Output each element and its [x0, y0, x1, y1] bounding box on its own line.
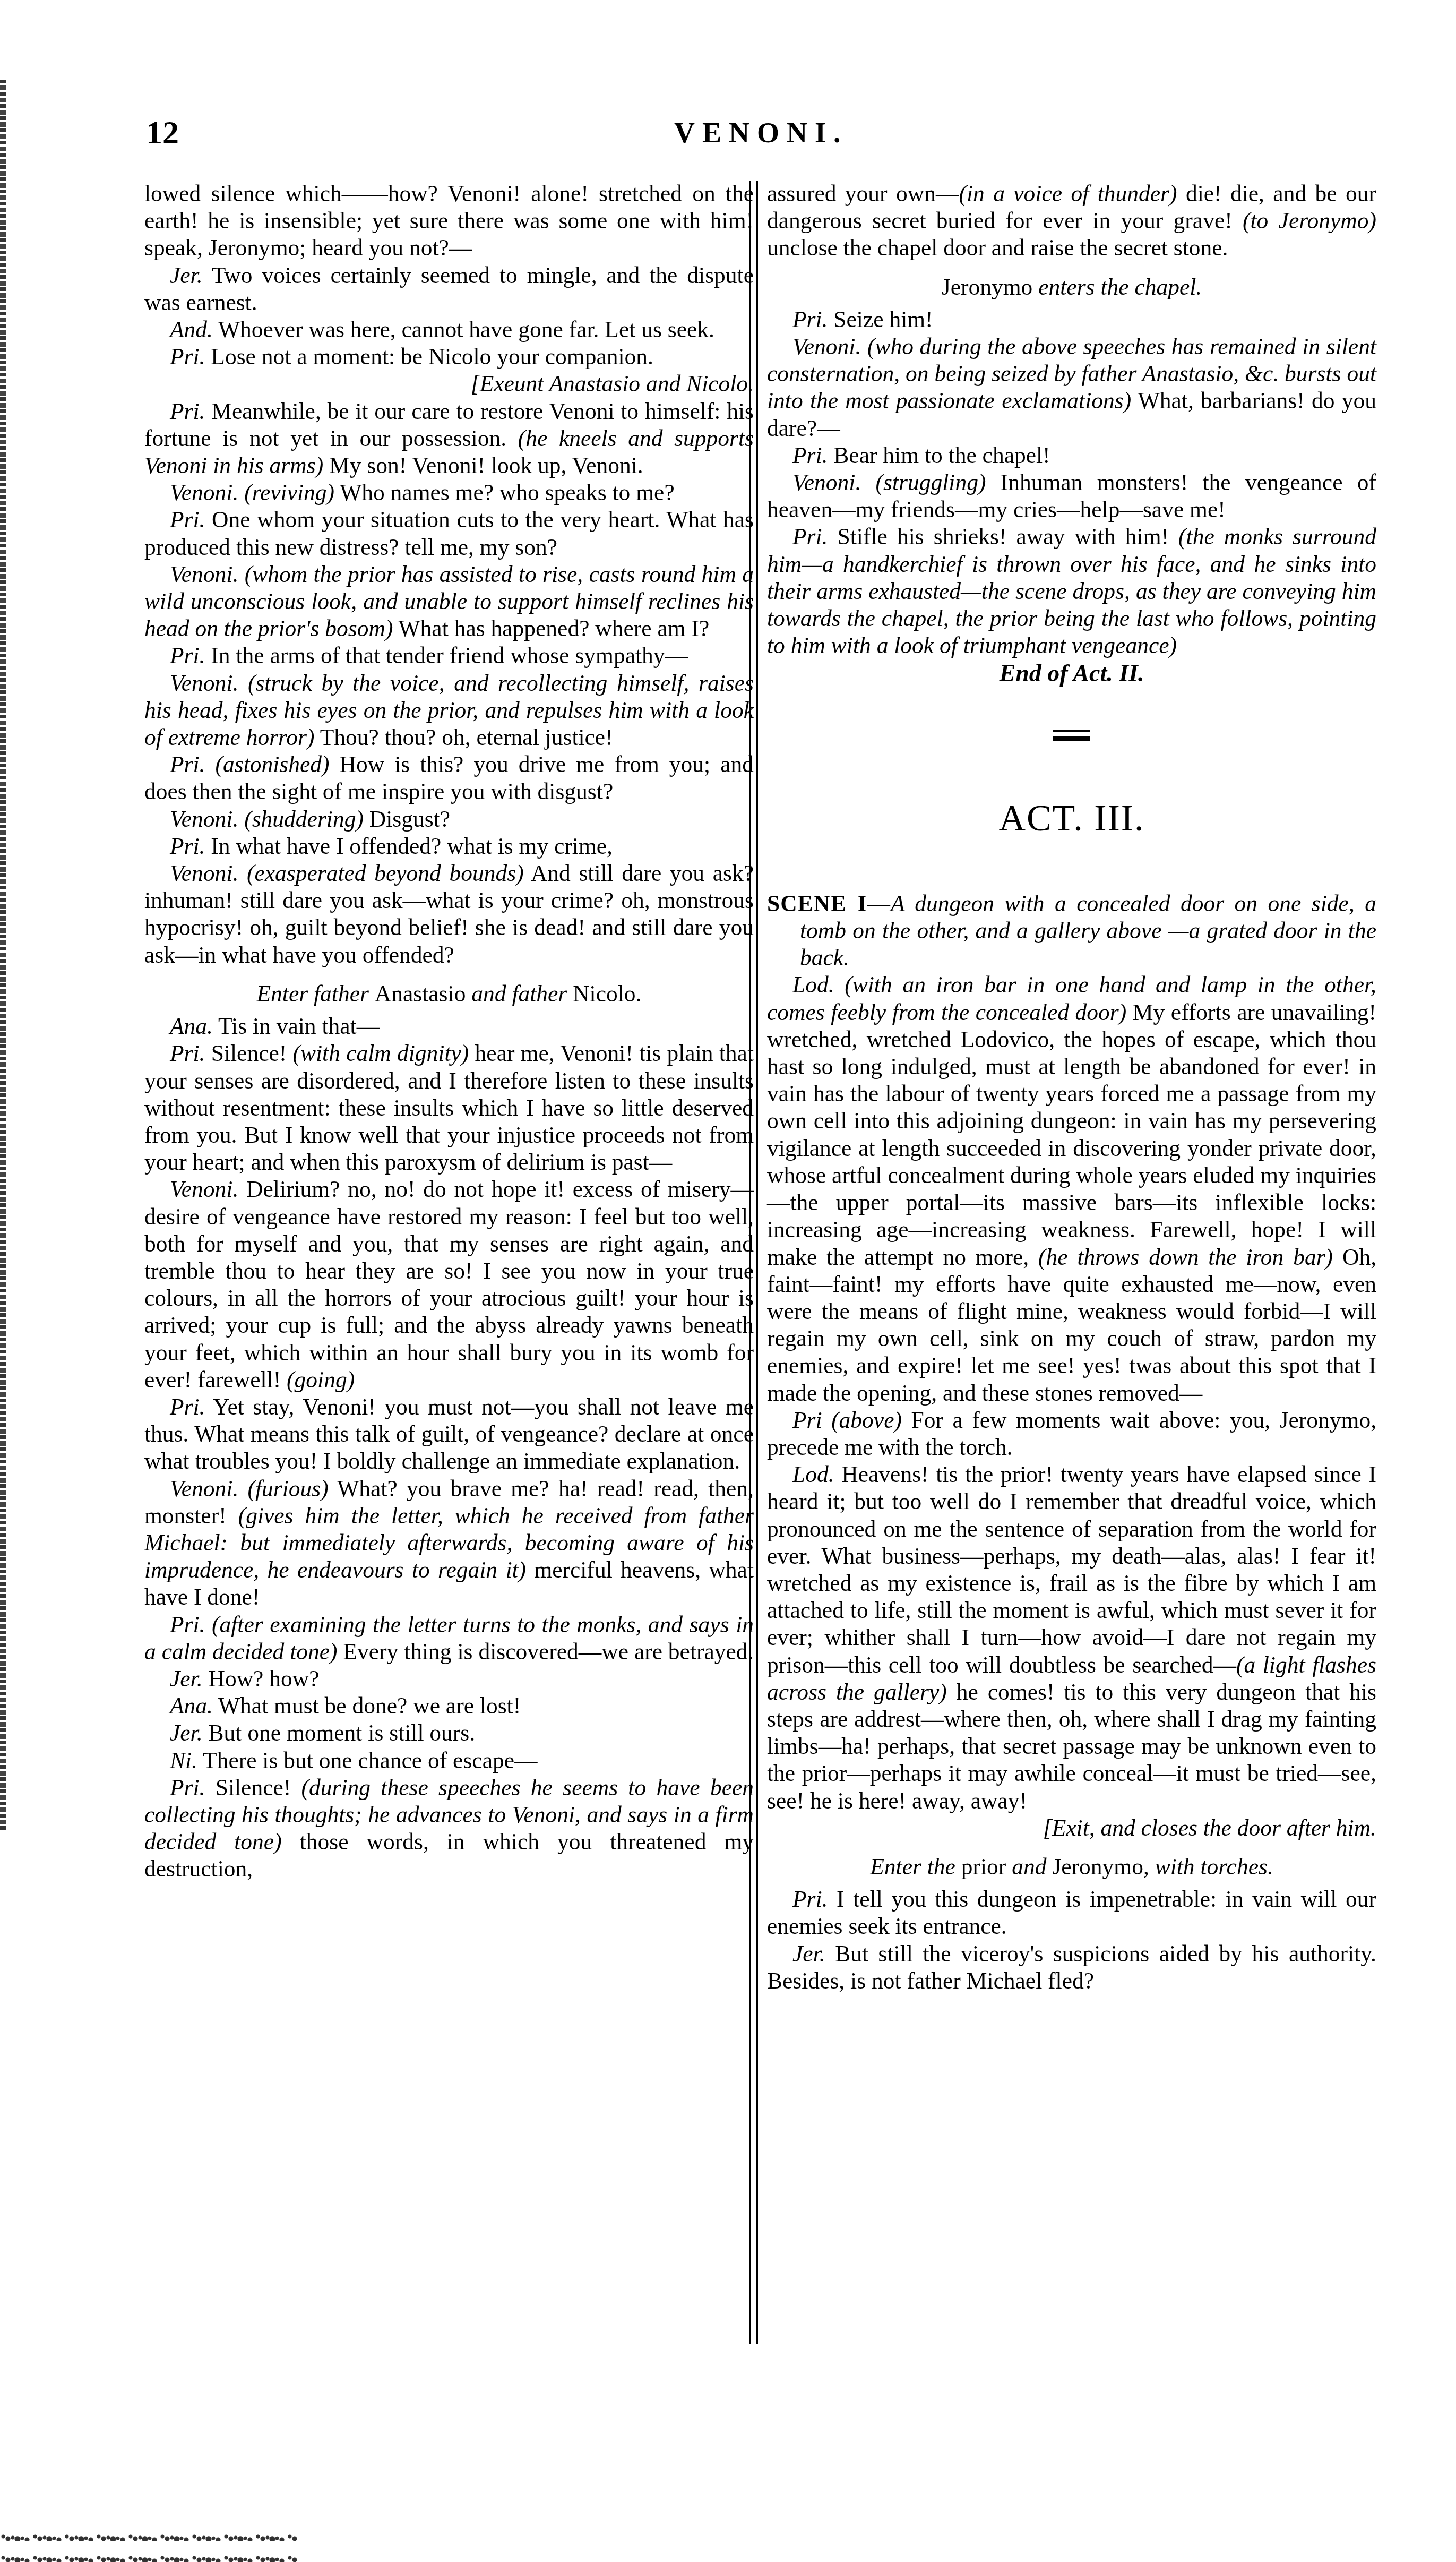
speaker-name: Venoni. — [170, 807, 238, 832]
right-column: assured your own—(in a voice of thunder)… — [767, 181, 1376, 1995]
dialogue-text: Jeronymo, — [1052, 1854, 1149, 1880]
speaker-name: And. — [170, 317, 213, 342]
dialogue-text — [238, 1476, 247, 1502]
speaker-name: Jer. — [170, 1720, 203, 1746]
dialogue-text: unclose the chapel door and raise the se… — [767, 235, 1228, 261]
speaker-name: Ni. — [170, 1748, 197, 1773]
speaker-name: Pri. — [170, 1775, 205, 1801]
scene-label: SCENE I— — [767, 891, 891, 916]
speaker-name: Venoni. — [170, 480, 238, 505]
dialogue-text: Nicolo. — [573, 981, 641, 1007]
dialogue-text: What must be done? we are lost! — [213, 1693, 521, 1719]
speech-paragraph: Pri. (after examining the letter turns t… — [144, 1612, 754, 1666]
dialogue-text: Disgust? — [364, 807, 450, 832]
speaker-name: Venoni. — [170, 861, 238, 886]
dialogue-text: assured your own— — [767, 181, 959, 207]
column-divider — [749, 181, 758, 2344]
stage-direction-text: with torches. — [1149, 1854, 1273, 1880]
dialogue-text: Stifle his shrieks! away with him! — [828, 524, 1178, 550]
dialogue-text: Silence! — [205, 1041, 292, 1066]
dialogue-text: What has happened? where am I? — [393, 616, 709, 641]
speech-paragraph: Pri. Stifle his shrieks! away with him! … — [767, 524, 1376, 659]
scan-speckle — [0, 2520, 297, 2562]
act3-speeches: Lod. (with an iron bar in one hand and l… — [767, 972, 1376, 1995]
dialogue-text: But one moment is still ours. — [203, 1720, 476, 1746]
stage-direction-text: (with calm dignity) — [293, 1041, 469, 1066]
stage-action: enters the chapel. — [1032, 275, 1202, 300]
exit-direction: [Exit, and closes the door after him. — [767, 1815, 1376, 1842]
speaker-name: Lod. — [792, 972, 834, 998]
dialogue-text: Whoever was here, cannot have gone far. … — [213, 317, 714, 342]
speaker-name: Lod. — [792, 1462, 834, 1487]
speech-paragraph: Venoni. (exasperated beyond bounds) And … — [144, 860, 754, 969]
speech-paragraph: Ana. What must be done? we are lost! — [144, 1693, 754, 1720]
speech-paragraph: Ana. Tis in vain that— — [144, 1013, 754, 1040]
stage-direction-text: Enter the — [870, 1854, 961, 1880]
page-number: 12 — [146, 114, 179, 152]
exit-direction: [Exeunt Anastasio and Nicolo. — [144, 371, 754, 398]
stage-direction-text: (shuddering) — [244, 807, 364, 832]
dialogue-text: One whom your situation cuts to the very… — [144, 507, 754, 560]
dialogue-text: My son! Venoni! look up, Venoni. — [323, 453, 643, 478]
running-title: VENONI. — [674, 116, 848, 149]
dialogue-text — [238, 807, 244, 832]
dialogue-text — [238, 480, 244, 505]
dialogue-text — [861, 334, 867, 359]
speaker-name: Ana. — [170, 1693, 213, 1719]
dialogue-text: Yet stay, Venoni! you must not—you shall… — [144, 1394, 754, 1474]
speech-paragraph: Pri. I tell you this dungeon is impenetr… — [767, 1886, 1376, 1940]
speech-paragraph: lowed silence which——how? Venoni! alone!… — [144, 181, 754, 262]
dialogue-text: Two voices certainly seemed to mingle, a… — [144, 263, 754, 315]
speech-paragraph: Jer. How? how? — [144, 1666, 754, 1693]
dialogue-text: Anastasio — [375, 981, 466, 1007]
stage-direction-text: (astonished) — [216, 752, 330, 777]
speech-paragraph: Venoni. (who during the above speeches h… — [767, 333, 1376, 442]
speaker-name: Pri — [792, 1408, 822, 1433]
speech-paragraph: Pri. Lose not a moment: be Nicolo your c… — [144, 344, 754, 371]
dialogue-text: Lose not a moment: be Nicolo your compan… — [205, 344, 653, 370]
stage-direction-text: (struggling) — [876, 470, 986, 495]
speaker-name: Jer. — [792, 1941, 825, 1967]
speech-paragraph: Pri. (astonished) How is this? you drive… — [144, 751, 754, 806]
speaker-name: Jer. — [170, 263, 203, 288]
speech-paragraph: Pri. Bear him to the chapel! — [767, 442, 1376, 469]
left-column: lowed silence which——how? Venoni! alone!… — [144, 181, 754, 1883]
speech-paragraph: Venoni. (reviving) Who names me? who spe… — [144, 479, 754, 507]
speaker-name: Pri. — [170, 1041, 205, 1066]
stage-direction-text: (above) — [831, 1408, 902, 1433]
stage-direction-text: and father — [466, 981, 573, 1007]
speaker-name: Venoni. — [792, 334, 861, 359]
dialogue-text: My efforts are unavailing! wretched, wre… — [767, 1000, 1376, 1270]
dialogue-text: Heavens! tis the prior! twenty years hav… — [767, 1462, 1376, 1677]
speaker-name: Venoni. — [170, 671, 238, 696]
stage-direction-text: (reviving) — [244, 480, 334, 505]
dialogue-text: But still the viceroy's suspicions aided… — [767, 1941, 1376, 1994]
dialogue-text: prior — [961, 1854, 1006, 1880]
stage-direction-text: (he throws down the iron bar) — [1038, 1245, 1333, 1270]
speech-paragraph: Pri. In the arms of that tender friend w… — [144, 642, 754, 670]
dialogue-text: Silence! — [205, 1775, 301, 1801]
stage-direction: Enter the prior and Jeronymo, with torch… — [767, 1854, 1376, 1881]
dialogue-text: Bear him to the chapel! — [828, 443, 1050, 468]
dialogue-text: lowed silence which——how? Venoni! alone!… — [144, 181, 754, 261]
speech-paragraph: Jer. Two voices certainly seemed to ming… — [144, 262, 754, 316]
dialogue-text — [238, 861, 247, 886]
speaker-name: Pri. — [170, 399, 205, 424]
speaker-name: Pri. — [792, 524, 828, 550]
speaker-name: Pri. — [170, 1394, 205, 1420]
dialogue-text: In what have I offended? what is my crim… — [205, 834, 612, 859]
speaker-name: Pri. — [170, 507, 205, 533]
speaker-name: Pri. — [170, 643, 205, 669]
speaker-name: Pri. — [170, 344, 205, 370]
stage-character: Jeronymo — [942, 275, 1033, 300]
speaker-name: Venoni. — [792, 470, 861, 495]
section-rule — [1053, 730, 1090, 741]
speech-paragraph: Venoni. (shuddering) Disgust? — [144, 806, 754, 833]
speech-paragraph: Venoni. (struck by the voice, and recoll… — [144, 670, 754, 752]
speech-paragraph: Venoni. (furious) What? you brave me? ha… — [144, 1476, 754, 1612]
speech-paragraph: Venoni. (struggling) Inhuman monsters! t… — [767, 469, 1376, 524]
speech-paragraph: Lod. Heavens! tis the prior! twenty year… — [767, 1461, 1376, 1815]
stage-direction-text: (to Jeronymo) — [1243, 208, 1376, 234]
dialogue-text: Seize him! — [828, 307, 933, 332]
speech-paragraph: Pri. Meanwhile, be it our care to restor… — [144, 398, 754, 480]
speech-paragraph: Lod. (with an iron bar in one hand and l… — [767, 972, 1376, 1407]
stage-direction-text: and — [1006, 1854, 1052, 1880]
dialogue-text: There is but one chance of escape— — [197, 1748, 538, 1773]
speaker-name: Jer. — [170, 1666, 203, 1692]
speaker-name: Pri. — [170, 834, 205, 859]
speech-paragraph: Pri. Silence! (during these speeches he … — [144, 1775, 754, 1883]
speaker-name: Pri. — [792, 307, 828, 332]
speech-paragraph: And. Whoever was here, cannot have gone … — [144, 316, 754, 344]
scan-edge-shadow — [0, 80, 6, 1832]
speaker-name: Venoni. — [170, 562, 238, 587]
speech-paragraph: Pri. In what have I offended? what is my… — [144, 833, 754, 860]
dialogue-text: Delirium? no, no! do not hope it! excess… — [144, 1177, 754, 1392]
speech-paragraph: Pri. Seize him! — [767, 306, 1376, 333]
speaker-name: Pri. — [170, 752, 205, 777]
stage-direction-text: (in a voice of thunder) — [959, 181, 1177, 207]
act2-closing-speeches: assured your own—(in a voice of thunder)… — [767, 181, 1376, 262]
stage-direction-text: (going) — [287, 1367, 355, 1393]
dialogue-text — [238, 562, 244, 587]
dialogue-text: Every thing is discovered—we are betraye… — [338, 1639, 754, 1665]
dialogue-text — [205, 1612, 212, 1638]
dialogue-text: I tell you this dungeon is impenetrable:… — [767, 1887, 1376, 1939]
speech-paragraph: Jer. But one moment is still ours. — [144, 1720, 754, 1747]
speech-paragraph: assured your own—(in a voice of thunder)… — [767, 181, 1376, 262]
speaker-name: Venoni. — [170, 1476, 238, 1502]
speaker-name: Ana. — [170, 1014, 213, 1039]
dialogue-text: In the arms of that tender friend whose … — [205, 643, 688, 669]
dialogue-text — [861, 470, 875, 495]
speech-paragraph: Pri. One whom your situation cuts to the… — [144, 507, 754, 561]
dialogue-text — [238, 671, 248, 696]
speech-paragraph: Venoni. Delirium? no, no! do not hope it… — [144, 1176, 754, 1394]
speaker-name: Pri. — [792, 1887, 828, 1912]
stage-direction-text: Enter father — [257, 981, 375, 1007]
stage-direction-text: (exasperated beyond bounds) — [247, 861, 524, 886]
dialogue-text — [834, 972, 845, 998]
dialogue-text — [822, 1408, 832, 1433]
dialogue-text: Tis in vain that— — [213, 1014, 380, 1039]
end-of-act-label: End of Act. II. — [767, 659, 1376, 687]
act-title: ACT. III. — [767, 805, 1376, 832]
scene-heading: SCENE I—A dungeon with a concealed door … — [767, 890, 1376, 972]
speech-paragraph: Venoni. (whom the prior has assisted to … — [144, 561, 754, 643]
dialogue-text: How? how? — [203, 1666, 320, 1692]
speech-paragraph: Pri. Silence! (with calm dignity) hear m… — [144, 1040, 754, 1176]
dialogue-text — [205, 752, 215, 777]
speech-paragraph: Ni. There is but one chance of escape— — [144, 1747, 754, 1775]
dialogue-text: Thou? thou? oh, eternal justice! — [315, 725, 613, 750]
speaker-name: Venoni. — [170, 1177, 238, 1202]
stage-direction: Jeronymo enters the chapel. — [767, 274, 1376, 301]
speech-paragraph: Pri. Yet stay, Venoni! you must not—you … — [144, 1394, 754, 1476]
speech-paragraph: Jer. But still the viceroy's suspicions … — [767, 1941, 1376, 1995]
running-head: 12 VENONI. — [0, 114, 1456, 157]
stage-direction-text: (furious) — [248, 1476, 329, 1502]
speaker-name: Pri. — [170, 1612, 205, 1638]
dialogue-text: Who names me? who speaks to me? — [334, 480, 675, 505]
stage-direction: Enter father Anastasio and father Nicolo… — [144, 981, 754, 1008]
act2-final-speeches: Pri. Seize him!Venoni. (who during the a… — [767, 306, 1376, 660]
speaker-name: Pri. — [792, 443, 828, 468]
speech-paragraph: Pri (above) For a few moments wait above… — [767, 1407, 1376, 1461]
